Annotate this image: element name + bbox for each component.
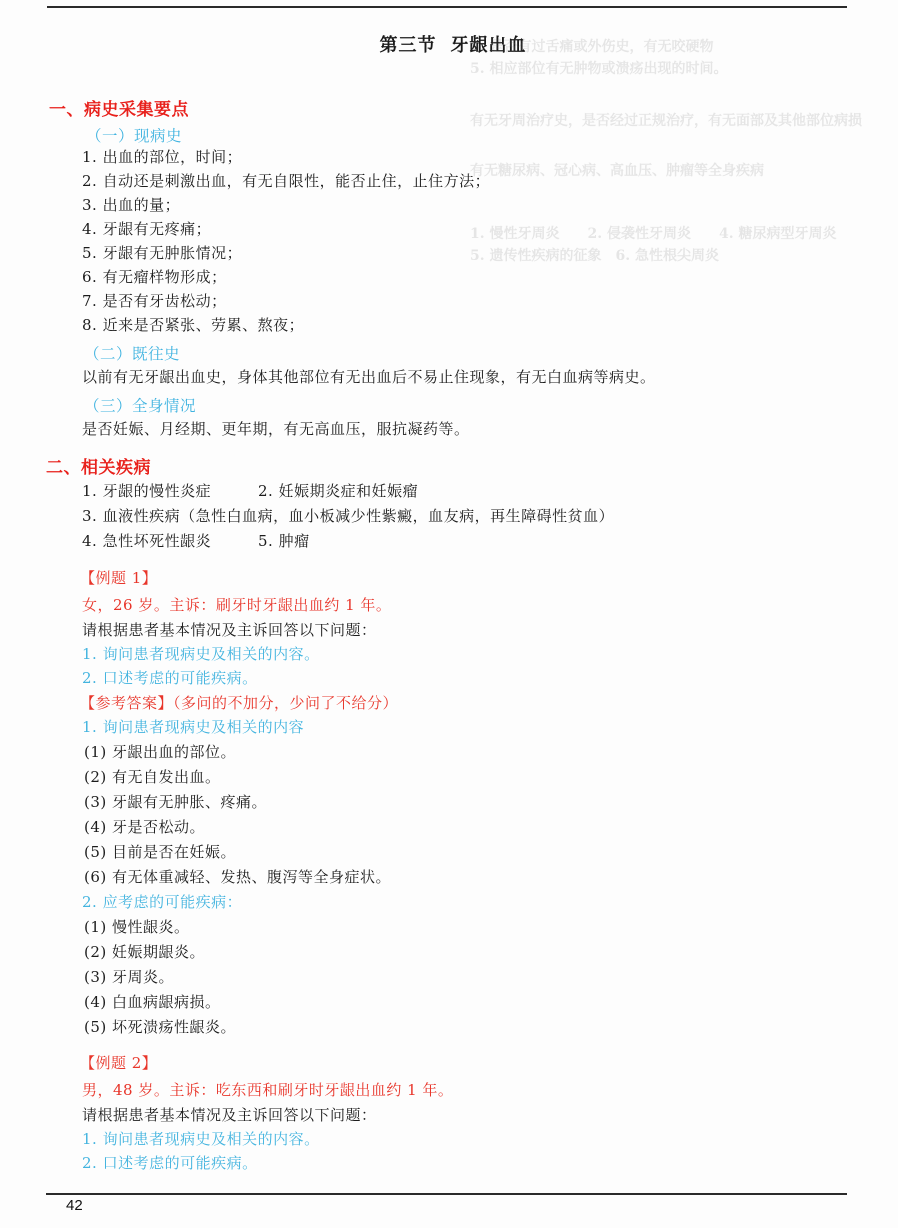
list-item: 3. 出血的量； — [82, 195, 180, 215]
subheading-general-condition: （三）全身情况 — [84, 394, 196, 416]
document-page: 第三节牙龈出血 4. 是否有过舌痛或外伤史，有无咬硬物 5. 相应部位有无肿物或… — [0, 0, 898, 1228]
list-item: 6. 有无瘤样物形成； — [82, 267, 227, 287]
answer-1-title: 1. 询问患者现病史及相关的内容 — [82, 717, 304, 737]
example-2-instruction: 请根据患者基本情况及主诉回答以下问题： — [82, 1105, 377, 1125]
answer-item: (5) 目前是否在妊娠。 — [84, 842, 236, 862]
bleed-through-text: 有无牙周治疗史，是否经过正规治疗，有无面部及其他部位病损 — [470, 110, 862, 130]
example-1-question-1: 1. 询问患者现病史及相关的内容。 — [82, 644, 320, 664]
bleed-through-text: 5. 遗传性疾病的征象 6. 急性根尖周炎 — [470, 245, 719, 265]
disease-row: 3. 血液性疾病（急性白血病，血小板减少性紫癜，血友病，再生障碍性贫血） — [82, 506, 614, 526]
bleed-through-text: 有无糖尿病、冠心病、高血压、肿瘤等全身疾病 — [470, 160, 764, 180]
answer-item: (5) 坏死溃疡性龈炎。 — [84, 1017, 236, 1037]
disease-row: 1. 牙龈的慢性炎症 2. 妊娠期炎症和妊娠瘤 — [82, 481, 211, 501]
disease-item: 2. 妊娠期炎症和妊娠瘤 — [258, 481, 418, 501]
subheading-present-history: （一）现病史 — [86, 124, 182, 146]
list-item: 5. 牙龈有无肿胀情况； — [82, 243, 242, 263]
list-item: 7. 是否有牙齿松动； — [82, 291, 227, 311]
page-title: 第三节牙龈出血 — [0, 31, 898, 57]
disease-row: 4. 急性坏死性龈炎 5. 肿瘤 — [82, 531, 211, 551]
example-1-question-2: 2. 口述考虑的可能疾病。 — [82, 668, 258, 688]
example-2-question-2: 2. 口述考虑的可能疾病。 — [82, 1153, 258, 1173]
footer-rule — [46, 1193, 847, 1195]
answer-item: (4) 白血病龈病损。 — [84, 992, 221, 1012]
reference-answer-heading: 【参考答案】（多问的不加分，少问了不给分） — [80, 693, 398, 713]
section-number: 第三节 — [380, 35, 437, 56]
example-2-label: 【例题 2】 — [80, 1053, 157, 1073]
answer-item: (2) 有无自发出血。 — [84, 767, 221, 787]
answer-item: (2) 妊娠期龈炎。 — [84, 942, 205, 962]
list-item: 8. 近来是否紧张、劳累、熬夜； — [82, 315, 304, 335]
header-rule — [47, 6, 847, 8]
answer-item: (6) 有无体重减轻、发热、腹泻等全身症状。 — [84, 867, 391, 887]
list-item: 1. 出血的部位，时间； — [82, 147, 242, 167]
paragraph-general-condition: 是否妊娠、月经期、更年期，有无高血压，服抗凝药等。 — [82, 419, 470, 439]
example-2-case: 男，48 岁。主诉：吃东西和刷牙时牙龈出血约 1 年。 — [82, 1080, 453, 1100]
example-1-label: 【例题 1】 — [80, 568, 157, 588]
disease-item: 5. 肿瘤 — [258, 531, 310, 551]
list-item: 4. 牙龈有无疼痛； — [82, 219, 211, 239]
disease-item: 4. 急性坏死性龈炎 — [82, 532, 211, 550]
answer-item: (3) 牙周炎。 — [84, 967, 174, 987]
disease-item: 1. 牙龈的慢性炎症 — [82, 482, 211, 500]
bleed-through-text: 4. 是否有过舌痛或外伤史，有无咬硬物 — [470, 36, 714, 56]
answer-item: (4) 牙是否松动。 — [84, 817, 205, 837]
example-1-case: 女，26 岁。主诉：刷牙时牙龈出血约 1 年。 — [82, 595, 391, 615]
answer-item: (1) 慢性龈炎。 — [84, 917, 190, 937]
answer-item: (1) 牙龈出血的部位。 — [84, 742, 236, 762]
paragraph-past-history: 以前有无牙龈出血史，身体其他部位有无出血后不易止住现象，有无白血病等病史。 — [82, 367, 656, 387]
reference-answer-label: 【参考答案】 — [80, 694, 173, 712]
heading-related-diseases: 二、相关疾病 — [46, 453, 151, 478]
bleed-through-text: 5. 相应部位有无肿物或溃疡出现的时间。 — [470, 58, 728, 78]
answer-2-title: 2. 应考虑的可能疾病： — [82, 892, 242, 912]
example-1-instruction: 请根据患者基本情况及主诉回答以下问题： — [82, 620, 377, 640]
page-number: 42 — [66, 1197, 83, 1214]
list-item: 2. 自动还是刺激出血，有无自限性，能否止住，止住方法； — [82, 171, 490, 191]
example-2-question-1: 1. 询问患者现病史及相关的内容。 — [82, 1129, 320, 1149]
bleed-through-text: 1. 慢性牙周炎 2. 侵袭性牙周炎 4. 糖尿病型牙周炎 — [470, 223, 836, 243]
reference-answer-note: （多问的不加分，少问了不给分） — [173, 694, 398, 712]
subheading-past-history: （二）既往史 — [84, 342, 180, 364]
heading-history-taking: 一、病史采集要点 — [49, 95, 189, 120]
answer-item: (3) 牙龈有无肿胀、疼痛。 — [84, 792, 267, 812]
